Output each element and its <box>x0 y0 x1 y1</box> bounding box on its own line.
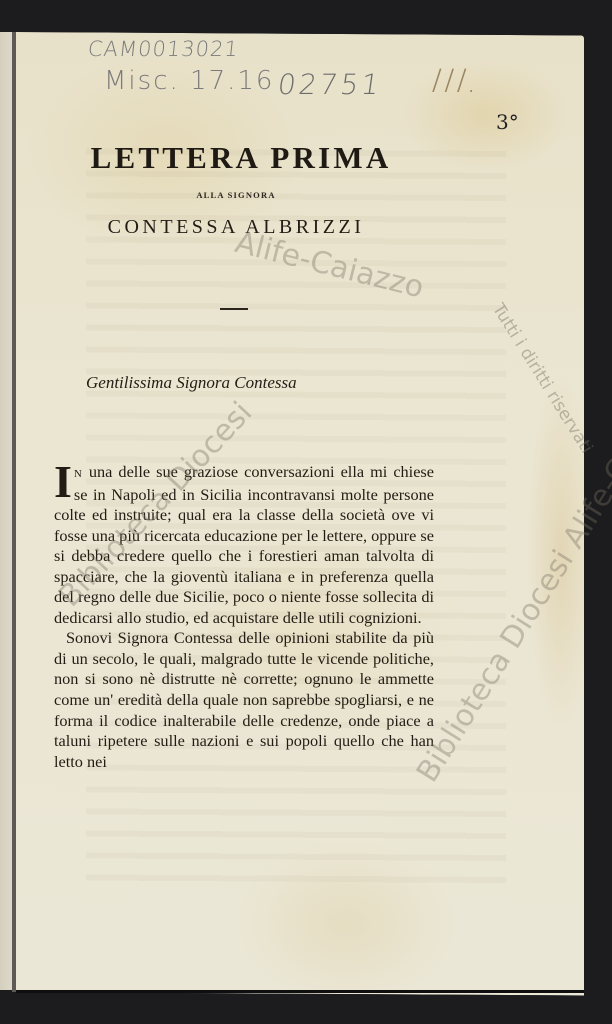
letter-body: IN una delle sue graziose conversazioni … <box>54 462 434 772</box>
page-bottom-edge <box>16 990 584 993</box>
section-divider <box>220 308 248 310</box>
catalog-code-annotation: CAM0013021 <box>87 37 240 61</box>
page-mark: 3° <box>496 110 519 134</box>
shelfmark-annotation: Misc. 17.16 <box>104 66 274 96</box>
paragraph-2-text: Sonovi Signora Contessa delle opinioni s… <box>54 628 434 770</box>
small-caps: N <box>74 468 83 480</box>
paragraph-1-text: una delle sue graziose conversazioni ell… <box>54 462 434 627</box>
drop-cap: I <box>54 462 72 500</box>
paragraph-1: IN una delle sue graziose conversazioni … <box>54 462 434 628</box>
salutation: Gentilissima Signora Contessa <box>86 373 297 393</box>
facing-page-edge <box>0 32 12 990</box>
letter-subtitle: ALLA SIGNORA <box>76 190 396 200</box>
inventory-number-annotation: 02751 <box>276 68 385 101</box>
paragraph-2: Sonovi Signora Contessa delle opinioni s… <box>54 628 434 772</box>
letter-addressee: CONTESSA ALBRIZZI <box>76 216 396 239</box>
letter-title: LETTERA PRIMA <box>76 140 406 176</box>
